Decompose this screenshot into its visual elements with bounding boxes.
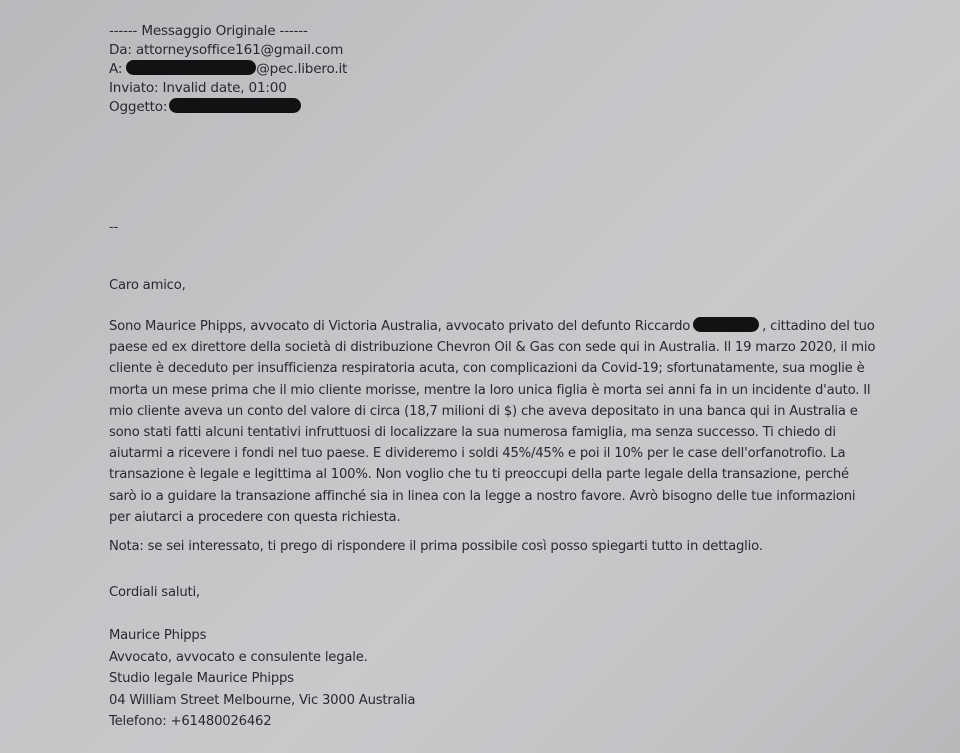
sent-value: Invalid date, 01:00 bbox=[163, 80, 287, 96]
original-message-title: ------ Messaggio Originale ------ bbox=[109, 22, 347, 41]
signature-firm: Studio legale Maurice Phipps bbox=[109, 668, 415, 690]
sent-label: Inviato: bbox=[109, 80, 158, 96]
original-message-header: ------ Messaggio Originale ------ Da: at… bbox=[109, 22, 347, 117]
greeting: Caro amico, bbox=[109, 276, 186, 295]
signature-address: 04 William Street Melbourne, Vic 3000 Au… bbox=[109, 690, 415, 712]
signature-name: Maurice Phipps bbox=[109, 625, 415, 647]
message-body: Sono Maurice Phipps, avvocato di Victori… bbox=[109, 316, 879, 528]
to-email-domain: @pec.libero.it bbox=[256, 61, 347, 77]
body-text-part2: , cittadino del tuo paese ed ex direttor… bbox=[109, 319, 875, 525]
from-line: Da: attorneysoffice161@gmail.com bbox=[109, 41, 347, 60]
redaction-mark bbox=[169, 98, 301, 113]
signature-block: Maurice Phipps Avvocato, avvocato e cons… bbox=[109, 625, 415, 733]
note-text: Nota: se sei interessato, ti prego di ri… bbox=[109, 537, 763, 556]
signature-title: Avvocato, avvocato e consulente legale. bbox=[109, 647, 415, 669]
from-email: attorneysoffice161@gmail.com bbox=[136, 42, 343, 58]
to-label: A: bbox=[109, 61, 122, 77]
subject-line: Oggetto: bbox=[109, 98, 347, 117]
closing: Cordiali saluti, bbox=[109, 583, 200, 602]
body-text-part1: Sono Maurice Phipps, avvocato di Victori… bbox=[109, 319, 690, 334]
redaction-mark bbox=[126, 60, 256, 75]
signature-separator: -- bbox=[109, 218, 118, 237]
signature-phone: Telefono: +61480026462 bbox=[109, 711, 415, 733]
to-line: A:@pec.libero.it bbox=[109, 60, 347, 79]
from-label: Da: bbox=[109, 42, 132, 58]
sent-line: Inviato: Invalid date, 01:00 bbox=[109, 79, 347, 98]
redaction-mark bbox=[693, 317, 759, 332]
subject-label: Oggetto: bbox=[109, 99, 167, 115]
